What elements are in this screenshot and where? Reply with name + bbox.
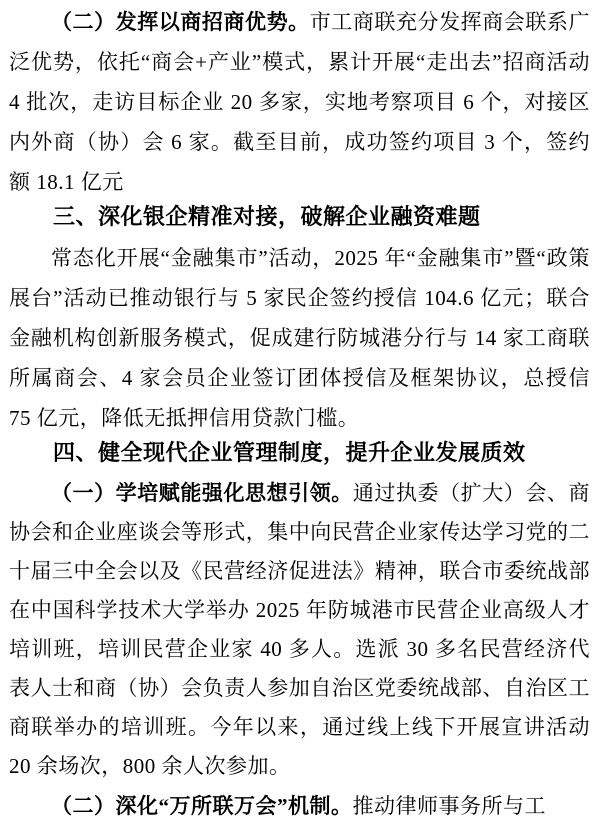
paragraph-lead-bold: （二）发挥以商招商优势。 xyxy=(51,10,310,34)
paragraph-business-investment: （二）发挥以商招商优势。市工商联充分发挥商会联系广泛优势，依托“商会+产业”模式… xyxy=(9,2,590,202)
paragraph-law-firm-mechanism: （二）深化“万所联万会”机制。推动律师事务所与工 xyxy=(9,786,590,819)
paragraph-bank-enterprise: 常态化开展“金融集市”活动，2025 年“金融集市”暨“政策展台”活动已推动银行… xyxy=(9,238,590,438)
paragraph-body-text: 市工商联充分发挥商会联系广泛优势，依托“商会+产业”模式，累计开展“走出去”招商… xyxy=(9,10,590,194)
paragraph-lead-bold: （一）学培赋能强化思想引领。 xyxy=(51,481,353,505)
paragraph-body-text: 通过执委（扩大）会、商协会和企业座谈会等形式，集中向民营企业家传达学习党的二十届… xyxy=(9,481,590,778)
section-heading-four: 四、健全现代企业管理制度，提升企业发展质效 xyxy=(9,438,590,468)
paragraph-training: （一）学培赋能强化思想引领。通过执委（扩大）会、商协会和企业座谈会等形式，集中向… xyxy=(9,474,590,786)
document-page: （二）发挥以商招商优势。市工商联充分发挥商会联系广泛优势，依托“商会+产业”模式… xyxy=(0,0,599,819)
paragraph-lead-bold: （二）深化“万所联万会”机制。 xyxy=(51,794,353,818)
paragraph-body-text: 推动律师事务所与工 xyxy=(353,794,547,818)
section-heading-three: 三、深化银企精准对接，破解企业融资难题 xyxy=(9,202,590,232)
paragraph-body-text: 常态化开展“金融集市”活动，2025 年“金融集市”暨“政策展台”活动已推动银行… xyxy=(9,246,590,430)
